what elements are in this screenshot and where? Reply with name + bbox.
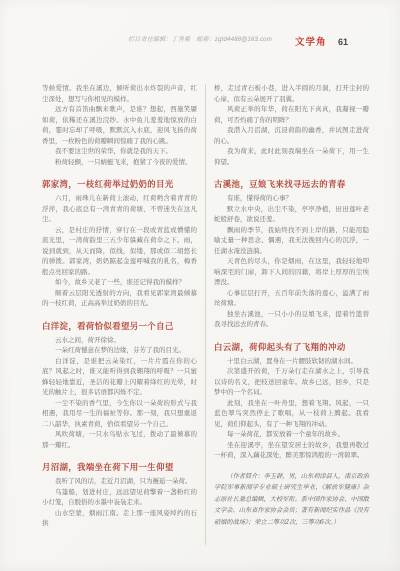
section-heading: 古溪池，豆娘飞来找寻远去的青春 — [214, 179, 369, 189]
paragraph: 如今，故乡又老了一些，谁还记得我的模样？ — [42, 278, 197, 289]
section-name: 文学角 — [295, 37, 327, 48]
paragraph: 一朵红荷憾意在梦的边缘，芬芳了我的目光。 — [42, 346, 197, 357]
paragraph: 默立水中央，出尘不染，亭亭净植，田田莲叶老蛇般舒卷，欲说还羞。 — [214, 205, 369, 226]
paragraph: 云水之间，荷开徐徐。 — [42, 336, 197, 347]
section-heading: 白云湖，荷仰起头有了飞翔的冲动 — [214, 342, 369, 352]
paragraph: 乌篷船，划进村庄，远远望见荷擎着一盏粉红的小灯笼，自脱俗的水墨中袅袅走来。 — [42, 488, 197, 509]
section-heading: 月沼湖，我端坐在荷下用一生仰望 — [42, 462, 197, 472]
paragraph: 天青色的尽头，你是烟雨，在这里，我轻轻地叩响深宅的门扉，卸下人间的囚籍，将岸上厚… — [214, 257, 369, 289]
paragraph: 有谁，懂得荷的心事？ — [214, 194, 369, 205]
paragraph: 风荷正举的年华，荷在阳光下真真，我凝视一瓣荷，可否灼痛了你的明眸？ — [214, 105, 369, 126]
section-heading: 郭家湾，一枝红荷举过奶奶的目光 — [42, 179, 197, 189]
paragraph: 桥，走过青石板小巷，进入半圆的月洞，打开尘封的心扉，似有云朵展开了羽翼。 — [214, 84, 369, 105]
paragraph: 山水空蒙，烟雨江南。走上那一座风姿绰约的石拱 — [42, 509, 197, 530]
page-number: 61 — [338, 37, 348, 47]
paragraph: 等候爱情。我坐在溪边，倾听荷出水炸裂的声音，红尘深处，想写与你相见的模样。 — [42, 84, 197, 105]
paragraph: 十里白云湖，置身在一片腰肢软韧的湖水间。 — [214, 357, 369, 368]
paragraph: 六月，雨珠儿在新荷上滚动，红荷哟含着青青的浮萍，我心底总有一湾青青的荷塘，不曾迷… — [42, 194, 197, 226]
corner-label: 文学角 61 — [295, 32, 348, 50]
page-header: 栏目责任编辑：丁秀菊 邮箱：zgtd4488@163.com 文学角 61 — [0, 34, 400, 48]
article-body: 等候爱情。我坐在溪边，倾听荷出水炸裂的声音，红尘深处，想写与你相见的模样。远方有… — [42, 84, 370, 545]
article-column-right: 桥，走过青石板小巷，进入半圆的月洞，打开尘封的心扉，似有云朵展开了羽翼。风荷正举… — [206, 84, 369, 545]
paragraph: 我不要这尘世的荣华，你就是我的天下。 — [42, 147, 197, 158]
paragraph: 粉荷轻颤，一只蜻蜓飞来，抱紧了今夜的爱情。 — [42, 158, 197, 169]
article-column-left: 等候爱情。我坐在溪边，倾听荷出水炸裂的声音，红尘深处，想写与你相见的模样。远方有… — [42, 84, 206, 545]
paragraph: 独坐古溪池，一只小小的豆娘飞来，提着竹篮替我寻找远去的青春。 — [214, 310, 369, 331]
paragraph: 白洋淀，是谁把云朵染红，一片片霞在你的心底？风起之时，谁又能听得到我翱翔的呼吸？… — [42, 357, 197, 399]
paragraph: 我听了风的话，走近月沼湖，只为邂逅一朵荷。 — [42, 477, 197, 488]
paragraph: 心事层层打开，五百年前失落的莲心，溢满了雨丝荷塘。 — [214, 289, 369, 310]
paragraph: 一尘不染的香气里，今生你以一朵荷的形式与我相遇，我用尽一生的福祉等你。那一刻，我… — [42, 399, 197, 431]
paragraph: 风吹荷塘，一只水鸟贴水飞过，拨动了最倾慕的那一瓣红。 — [42, 430, 197, 451]
paragraph: 坐在迎溪亭，坐在望安居士的故乡，我想再敬过一杯荷，深入藕花深处，醉美那惊鸿般的一… — [214, 441, 369, 462]
paragraph: 飘雨的季节，我始终找不到上岸的路，只能用隐喻丈量一种思念、偶遇，我无法挽回内心的… — [214, 226, 369, 258]
magazine-page: 栏目责任编辑：丁秀菊 邮箱：zgtd4488@163.com 文学角 61 等候… — [0, 0, 400, 571]
paragraph: 我为荷来，此时此刻我端坐在一朵荷下，用一生仰望。 — [214, 147, 369, 168]
paragraph: 次第盛开的荷，千万朵行走在湖水之上，引导我以诗的名义，把枝送回童年。故乡已远，回… — [214, 367, 369, 399]
paragraph: 远方有首笛曲飘来歌声，是谁？想起，西施笑靥如荷，依稀还在溪边浣纱。水中鱼儿羞羞地… — [42, 105, 197, 147]
author-bio: （作者简介：李玉群，男，山东利津县人，南京政治学院军事新闻学专业硕士研究生毕业，… — [214, 471, 369, 529]
paragraph: 此刻，我坐在一叶舟里，想着飞翔。风起，一只蓝色翠鸟突然停止了歌唱，从一枝荷上腾起… — [214, 399, 369, 431]
paragraph: 云，是村庄的抒情，穿行在一段或青蓝或懵懂的流光里，一湾荷韵里三五少年躲藏在荷伞之… — [42, 226, 197, 279]
section-heading: 白洋淀，看荷恰似看望另一个自己 — [42, 321, 197, 331]
paragraph: 每一朵荷花，都安放着一个童年的故乡。 — [214, 430, 369, 441]
paragraph: 我潜入月沼湖，沉浸荷韵的幽香，并试图走进荷的心。 — [214, 126, 369, 147]
paragraph: 顺着云层阳光透射的方向，我看见郭家湾最倾慕的一枝红荷，正高高举过奶奶的目光。 — [42, 289, 197, 310]
